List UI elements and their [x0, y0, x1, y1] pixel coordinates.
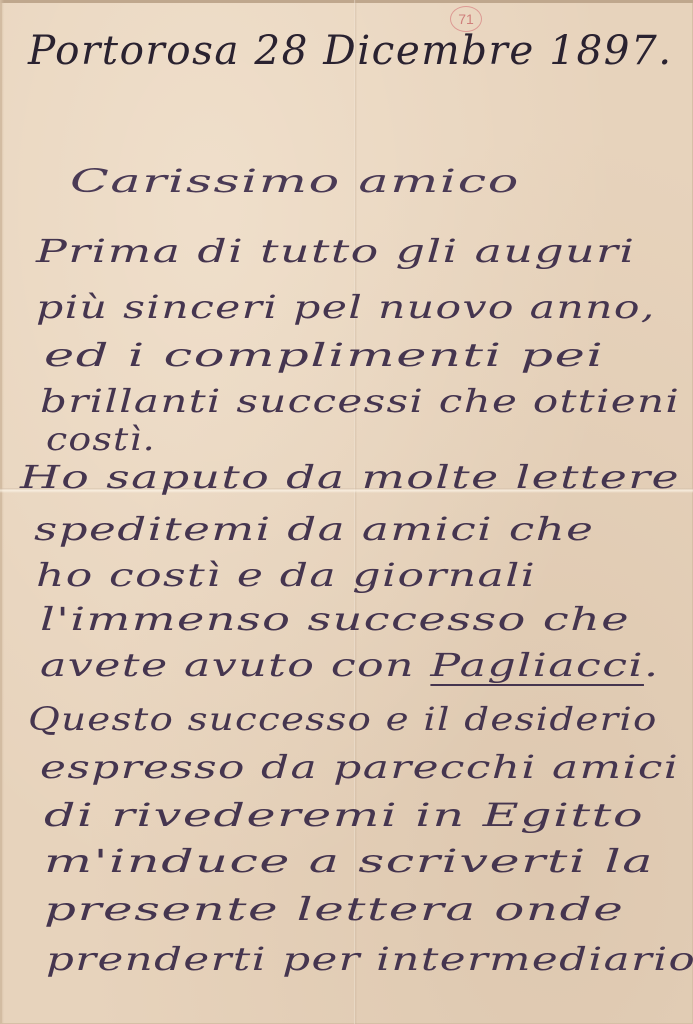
dateline: Portorosa 28 Dicembre 1897.: [28, 28, 673, 74]
salutation: Carissimo amico: [70, 162, 520, 200]
letter-page: 71 Portorosa 28 Dicembre 1897. Carissimo…: [0, 0, 693, 1024]
paper-top-edge: [0, 0, 693, 3]
letter-line: Questo successo e il desiderio: [28, 700, 658, 738]
letter-line: espresso da parecchi amici: [40, 748, 679, 786]
underlined-title: Pagliacci: [430, 646, 644, 684]
letter-line: ho costì e da giornali: [36, 556, 536, 594]
letter-line: m'induce a scriverti la: [44, 842, 654, 880]
letter-line: più sinceri pel nuovo anno,: [36, 288, 656, 326]
letter-line: avete avuto con Pagliacci.: [40, 646, 659, 684]
paper-left-edge: [0, 0, 4, 1024]
letter-line: costì.: [46, 420, 156, 458]
letter-line: Prima di tutto gli auguri: [36, 232, 635, 270]
letter-line: brillanti successi che ottieni: [40, 382, 680, 420]
letter-line: presente lettera onde: [44, 890, 624, 928]
letter-line: di rivederemi in Egitto: [44, 796, 644, 834]
letter-line: ed i complimenti pei: [44, 336, 604, 374]
letter-line: prenderti per intermediario: [46, 940, 693, 978]
letter-line: Ho saputo da molte lettere: [20, 458, 680, 496]
letter-line: l'immenso successo che: [40, 600, 630, 638]
letter-line: speditemi da amici che: [34, 510, 594, 548]
